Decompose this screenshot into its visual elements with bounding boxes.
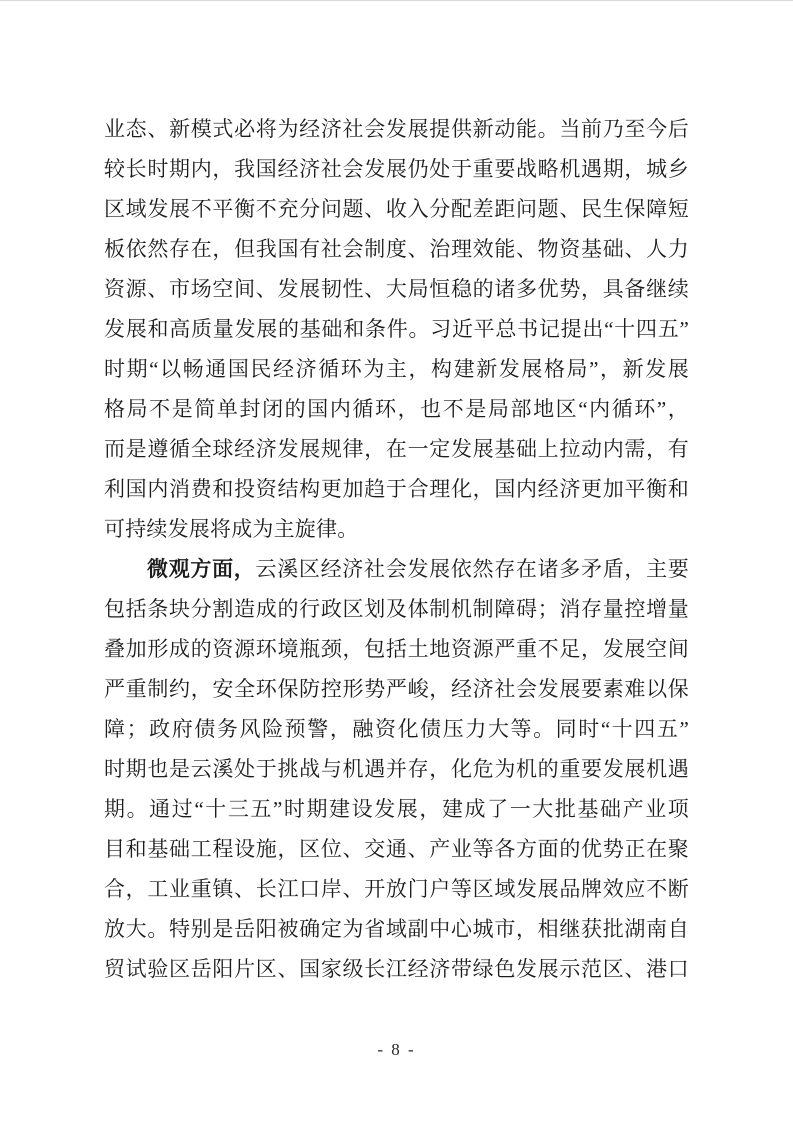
text-run: 包括条块分割造成的行政区划及体制机制障碍；消存量控增量	[104, 597, 689, 621]
document-page: 业态、新模式必将为经济社会发展提供新动能。当前乃至今后较长时期内，我国经济社会发…	[0, 0, 793, 1122]
doc-line: 利国内消费和投资结构更加趋于合理化，国内经济更加平衡和	[104, 469, 689, 509]
doc-line: 合，工业重镇、长江口岸、开放门户等区域发展品牌效应不断	[104, 869, 689, 909]
doc-line: 时期“以畅通国民经济循环为主，构建新发展格局”，新发展	[104, 349, 689, 389]
text-run: 严重制约，安全环保防控形势严峻，经济社会发展要素难以保	[104, 677, 689, 701]
doc-line: 时期也是云溪处于挑战与机遇并存，化危为机的重要发展机遇	[104, 749, 689, 789]
doc-line: 贸试验区岳阳片区、国家级长江经济带绿色发展示范区、港口	[104, 949, 689, 989]
page-number: - 8 -	[104, 1038, 689, 1062]
text-block: 业态、新模式必将为经济社会发展提供新动能。当前乃至今后较长时期内，我国经济社会发…	[104, 109, 689, 989]
text-run: 时期“以畅通国民经济循环为主，构建新发展格局”，新发展	[104, 357, 689, 381]
doc-line: 而是遵循全球经济发展规律，在一定发展基础上拉动内需，有	[104, 429, 689, 469]
text-run: 期。通过“十三五”时期建设发展，建成了一大批基础产业项	[104, 797, 689, 821]
doc-line: 叠加形成的资源环境瓶颈，包括土地资源严重不足，发展空间	[104, 629, 689, 669]
text-run: 而是遵循全球经济发展规律，在一定发展基础上拉动内需，有	[104, 437, 689, 461]
doc-line: 目和基础工程设施，区位、交通、产业等各方面的优势正在聚	[104, 829, 689, 869]
text-run: 可持续发展将成为主旋律。	[104, 517, 358, 541]
text-run: 云溪区经济社会发展依然存在诸多矛盾，主要	[256, 557, 690, 581]
text-run: 叠加形成的资源环境瓶颈，包括土地资源严重不足，发展空间	[104, 637, 689, 661]
text-run: 区域发展不平衡不充分问题、收入分配差距问题、民生保障短	[104, 197, 689, 221]
text-run: 目和基础工程设施，区位、交通、产业等各方面的优势正在聚	[104, 837, 689, 861]
doc-line: 包括条块分割造成的行政区划及体制机制障碍；消存量控增量	[104, 589, 689, 629]
text-run: 障；政府债务风险预警，融资化债压力大等。同时“十四五”	[104, 717, 689, 741]
text-run: 板依然存在，但我国有社会制度、治理效能、物资基础、人力	[104, 237, 689, 261]
doc-line: 区域发展不平衡不充分问题、收入分配差距问题、民生保障短	[104, 189, 689, 229]
text-run: 资源、市场空间、发展韧性、大局恒稳的诸多优势，具备继续	[104, 277, 689, 301]
text-run: 贸试验区岳阳片区、国家级长江经济带绿色发展示范区、港口	[104, 957, 689, 981]
text-run: 发展和高质量发展的基础和条件。习近平总书记提出“十四五”	[104, 317, 689, 341]
doc-line: 发展和高质量发展的基础和条件。习近平总书记提出“十四五”	[104, 309, 689, 349]
doc-line: 较长时期内，我国经济社会发展仍处于重要战略机遇期，城乡	[104, 149, 689, 189]
text-run: 较长时期内，我国经济社会发展仍处于重要战略机遇期，城乡	[104, 157, 689, 181]
text-run: 合，工业重镇、长江口岸、开放门户等区域发展品牌效应不断	[104, 877, 689, 901]
text-run: 格局不是简单封闭的国内循环，也不是局部地区“内循环”，	[104, 397, 689, 421]
doc-line: 放大。特别是岳阳被确定为省域副中心城市，相继获批湖南自	[104, 909, 689, 949]
doc-line: 微观方面，云溪区经济社会发展依然存在诸多矛盾，主要	[104, 549, 689, 589]
text-run: 业态、新模式必将为经济社会发展提供新动能。当前乃至今后	[104, 117, 689, 141]
text-run: 利国内消费和投资结构更加趋于合理化，国内经济更加平衡和	[104, 477, 689, 501]
doc-line: 资源、市场空间、发展韧性、大局恒稳的诸多优势，具备继续	[104, 269, 689, 309]
text-run: 时期也是云溪处于挑战与机遇并存，化危为机的重要发展机遇	[104, 757, 689, 781]
doc-line: 可持续发展将成为主旋律。	[104, 509, 689, 549]
scan-edge-line	[0, 0, 793, 1]
doc-line: 业态、新模式必将为经济社会发展提供新动能。当前乃至今后	[104, 109, 689, 149]
bold-text-run: 微观方面，	[147, 558, 256, 581]
text-run: 放大。特别是岳阳被确定为省域副中心城市，相继获批湖南自	[104, 917, 689, 941]
doc-line: 期。通过“十三五”时期建设发展，建成了一大批基础产业项	[104, 789, 689, 829]
doc-line: 格局不是简单封闭的国内循环，也不是局部地区“内循环”，	[104, 389, 689, 429]
doc-line: 板依然存在，但我国有社会制度、治理效能、物资基础、人力	[104, 229, 689, 269]
doc-line: 障；政府债务风险预警，融资化债压力大等。同时“十四五”	[104, 709, 689, 749]
doc-line: 严重制约，安全环保防控形势严峻，经济社会发展要素难以保	[104, 669, 689, 709]
